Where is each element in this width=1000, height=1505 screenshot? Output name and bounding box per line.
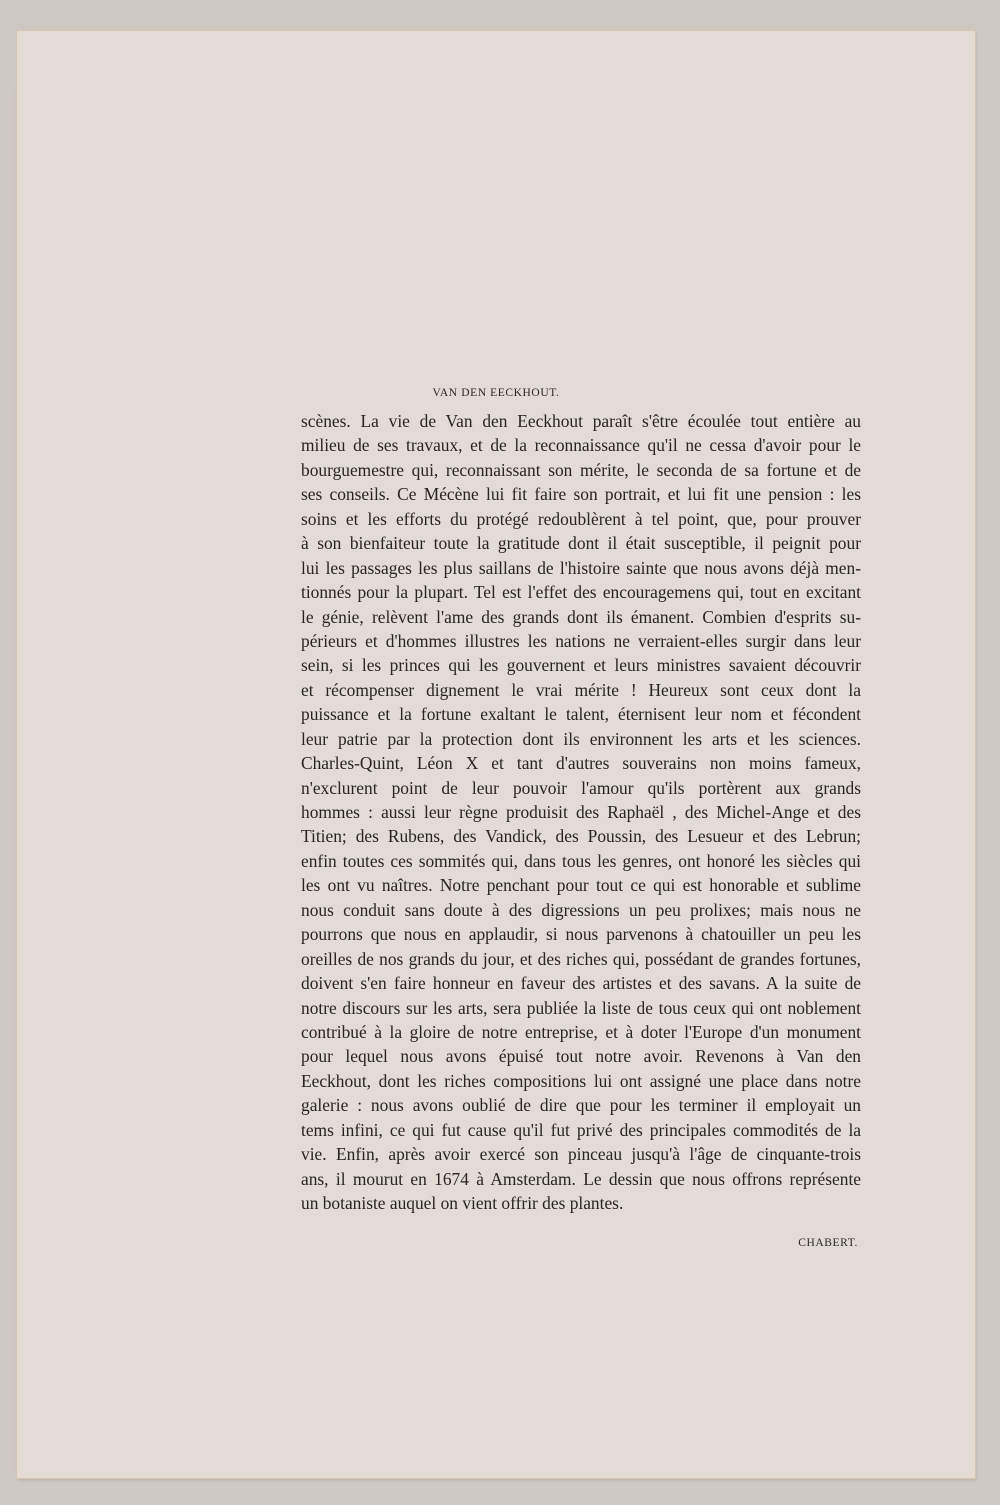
text-line: Titien; des Rubens, des Vandick, des Pou… (301, 824, 861, 848)
page-sheet: VAN DEN EECKHOUT. scènes. La vie de Van … (17, 31, 975, 1478)
running-head: VAN DEN EECKHOUT. (17, 387, 975, 399)
text-line: ses conseils. Ce Mécène lui fit faire so… (301, 482, 861, 506)
text-line: et récompenser dignement le vrai mérite … (301, 678, 861, 702)
text-line: Eeckhout, dont les riches compositions l… (301, 1069, 861, 1093)
text-line: doivent s'en faire honneur en faveur des… (301, 971, 861, 995)
text-line: soins et les efforts du protégé redoublè… (301, 507, 861, 531)
author-signature: CHABERT. (798, 1237, 858, 1249)
text-line: ans, il mourut en 1674 à Amsterdam. Le d… (301, 1167, 861, 1191)
text-line: pour lequel nous avons épuisé tout notre… (301, 1044, 861, 1068)
text-line: périeurs et d'hommes illustres les natio… (301, 629, 861, 653)
text-line: bourguemestre qui, reconnaissant son mér… (301, 458, 861, 482)
text-line: leur patrie par la protection dont ils e… (301, 727, 861, 751)
text-line: Charles-Quint, Léon X et tant d'autres s… (301, 751, 861, 775)
text-line: contribué à la gloire de notre entrepris… (301, 1020, 861, 1044)
text-line-last: un botaniste auquel on vient offrir des … (301, 1191, 861, 1215)
text-line: à son bienfaiteur toute la gratitude don… (301, 531, 861, 555)
text-line: vie. Enfin, après avoir exercé son pince… (301, 1142, 861, 1166)
text-line: oreilles de nos grands du jour, et des r… (301, 947, 861, 971)
text-line: milieu de ses travaux, et de la reconnai… (301, 433, 861, 457)
text-line: tionnés pour la plupart. Tel est l'effet… (301, 580, 861, 604)
text-line: scènes. La vie de Van den Eeckhout paraî… (301, 409, 861, 433)
text-line: notre discours sur les arts, sera publié… (301, 996, 861, 1020)
text-line: lui les passages les plus saillans de l'… (301, 556, 861, 580)
text-line: enfin toutes ces sommités qui, dans tous… (301, 849, 861, 873)
text-line: le génie, relèvent l'ame des grands dont… (301, 605, 861, 629)
text-line: nous conduit sans doute à des digression… (301, 898, 861, 922)
text-line: sein, si les princes qui les gouvernent … (301, 653, 861, 677)
body-text: scènes. La vie de Van den Eeckhout paraî… (301, 409, 861, 1215)
text-line: n'exclurent point de leur pouvoir l'amou… (301, 776, 861, 800)
text-line: pourrons que nous en applaudir, si nous … (301, 922, 861, 946)
text-line: puissance et la fortune exaltant le tale… (301, 702, 861, 726)
text-line: hommes : aussi leur règne produisit des … (301, 800, 861, 824)
text-line: les ont vu naîtres. Notre penchant pour … (301, 873, 861, 897)
text-line: tems infini, ce qui fut cause qu'il fut … (301, 1118, 861, 1142)
text-line: galerie : nous avons oublié de dire que … (301, 1093, 861, 1117)
